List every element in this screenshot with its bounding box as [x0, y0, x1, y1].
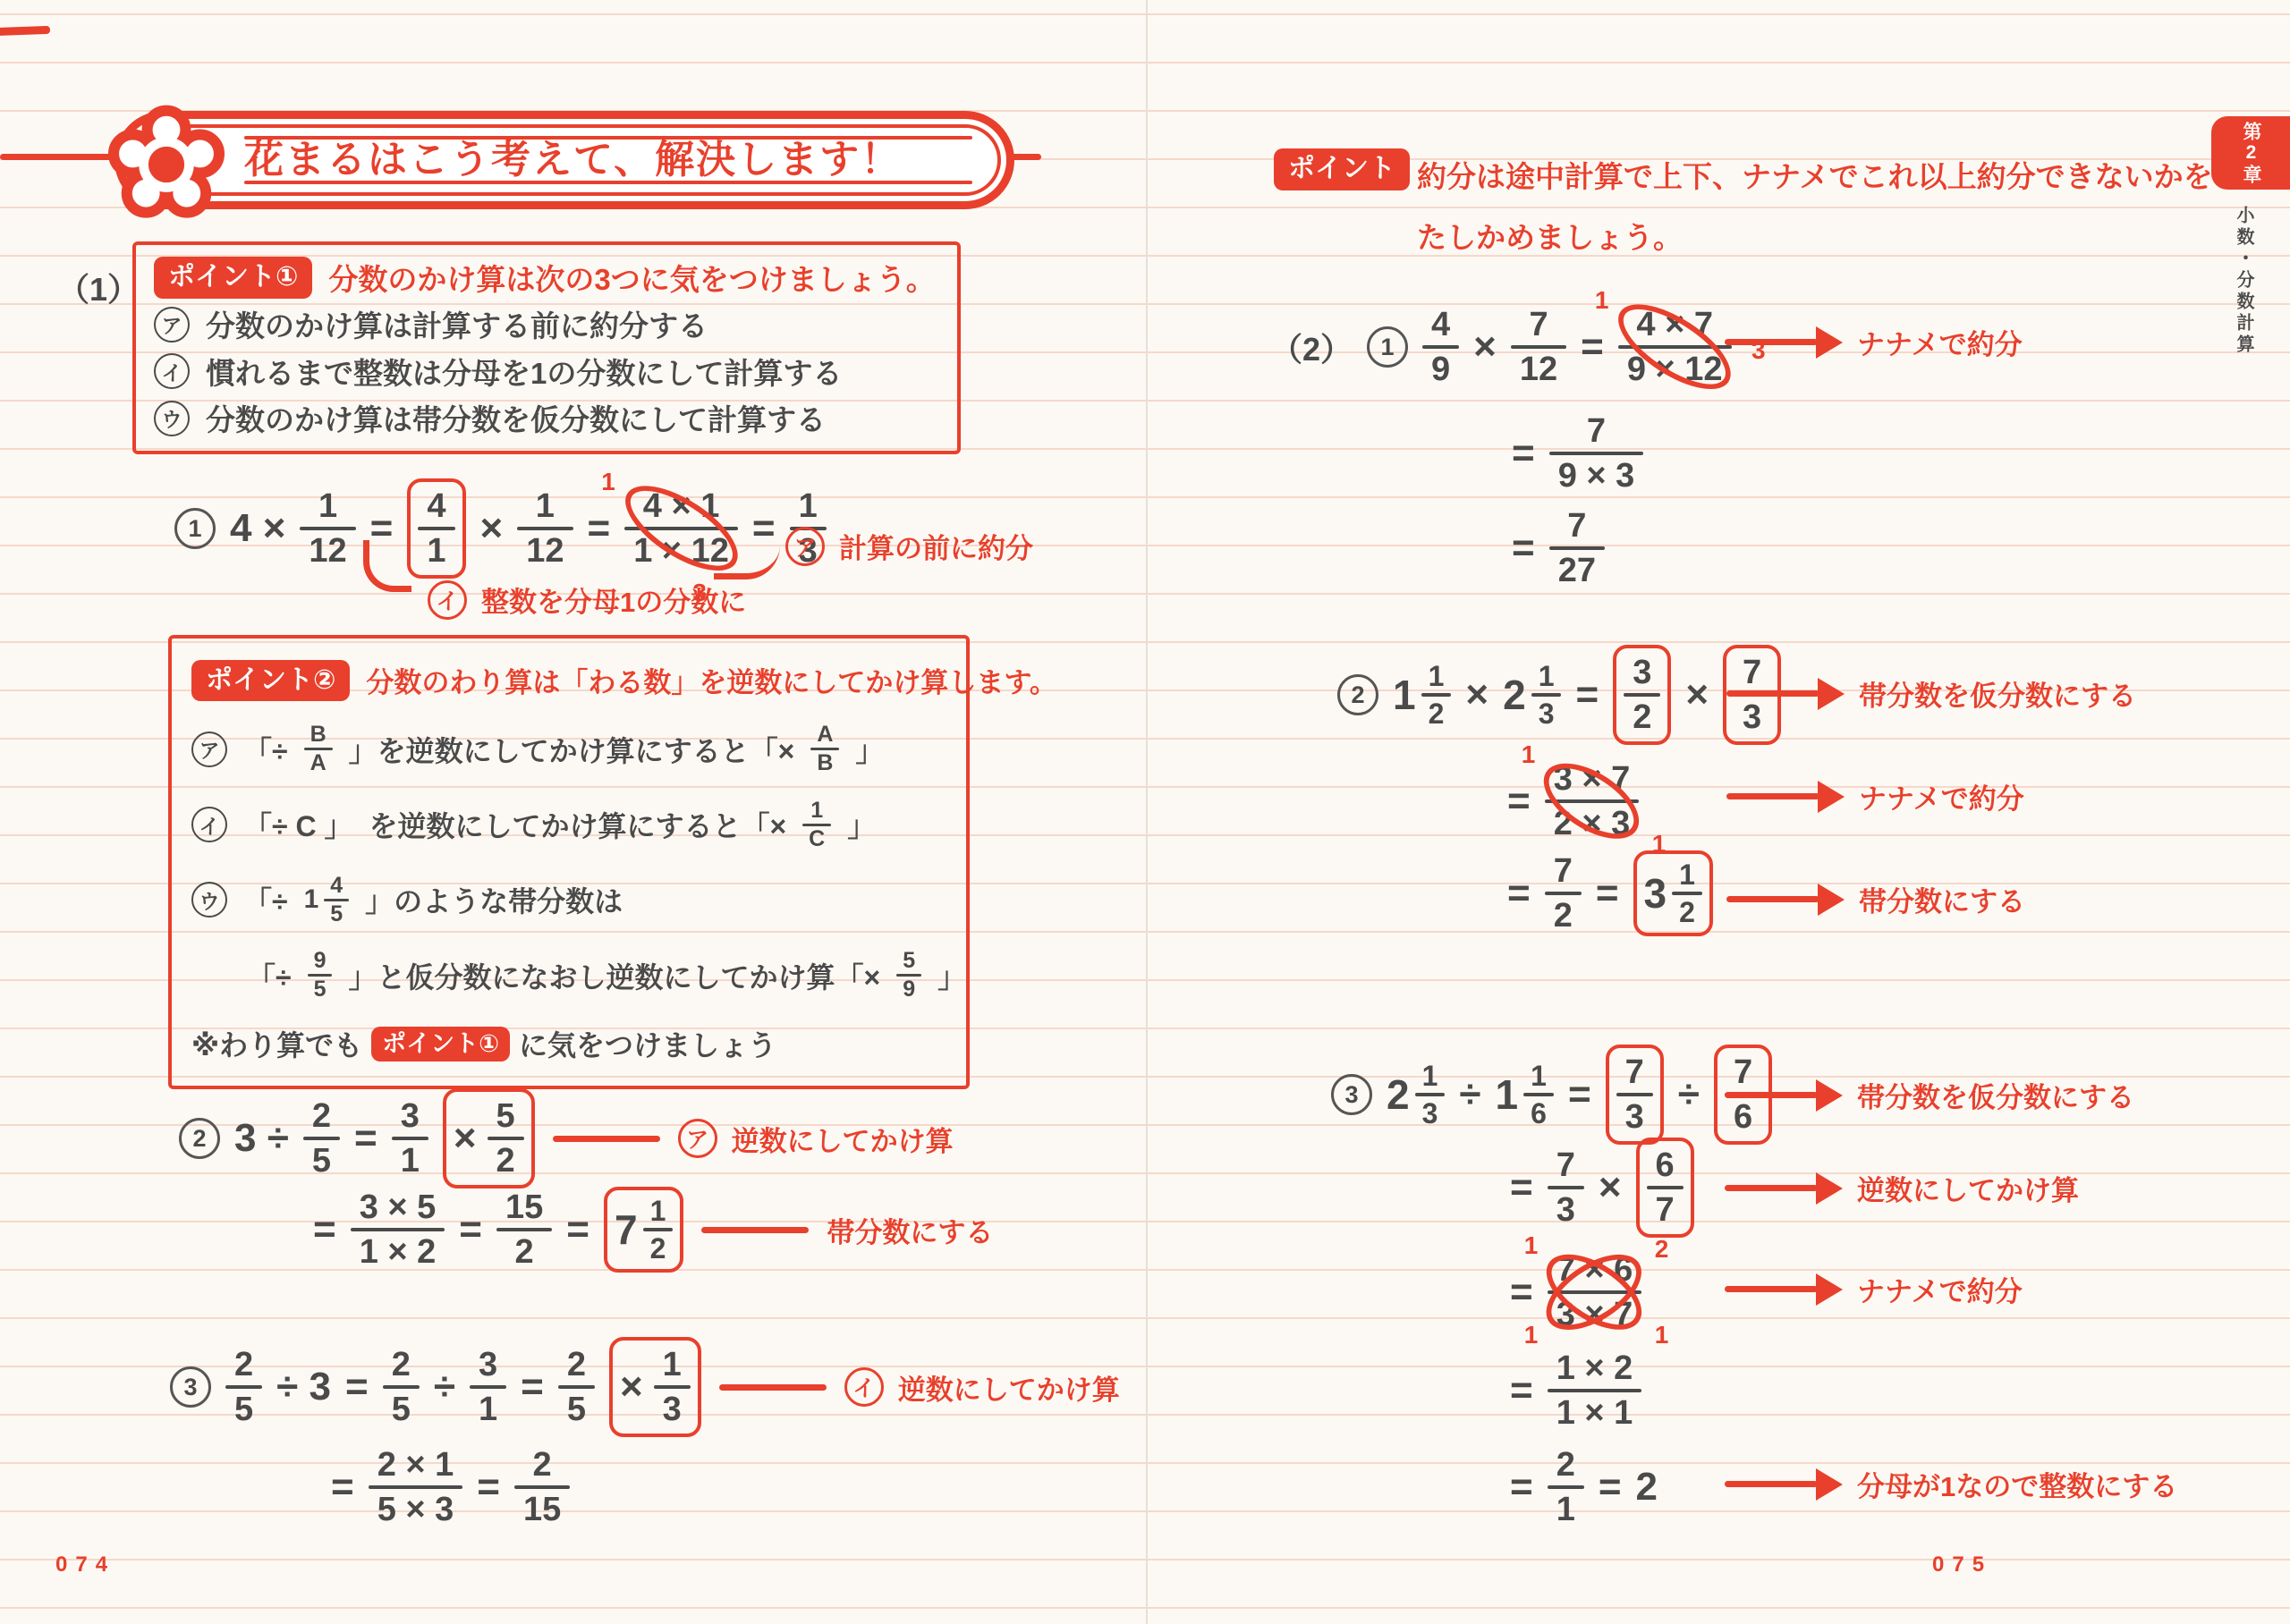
page-number-right: 075 [1932, 1552, 1992, 1577]
point2-box: ポイント② 分数のわり算は「わる数」を逆数にしてかけ算します。 ア 「÷ BA … [168, 635, 970, 1089]
point2-heading: 分数のわり算は「わる数」を逆数にしてかけ算します。 [366, 660, 1057, 700]
note-suffix: に気をつけましょう [519, 1023, 776, 1064]
fraction: 32 [1624, 652, 1660, 738]
text: 「÷ C 」 [243, 804, 352, 845]
mark-u-icon: ウ [154, 401, 190, 436]
right-eq1-line1: （2） 1 49 × 712 = 4 × 79 × 12 1 3 [1270, 304, 1732, 390]
problem-2-label: （2） [1270, 325, 1353, 370]
point1-item-i-text: 慣れるまで整数は分母を1の分数にして計算する [206, 351, 842, 393]
cancel-digit: 2 [1655, 1237, 1669, 1262]
eq-number-3: 3 [1331, 1074, 1372, 1115]
mark-a-icon: ア [154, 307, 190, 343]
fraction: AB [810, 722, 839, 776]
eq-number-2: 2 [179, 1118, 220, 1159]
right-eq2-callout2: ナナメで約分 [1726, 776, 2024, 816]
point1-badge-ref: ポイント① [371, 1027, 510, 1062]
mark-a-icon: ア [678, 1119, 717, 1158]
left-eq2-line2: = 3 × 51 × 2 = 152 = 7 12 帯分数にする [313, 1187, 993, 1273]
equals: = [1575, 672, 1599, 717]
equals: = [313, 1207, 336, 1252]
mark-a-icon: ア [785, 527, 825, 566]
point2-note: ※わり算でも ポイント① に気をつけましょう [191, 1023, 946, 1064]
times: × [1473, 325, 1497, 369]
equals: = [354, 1116, 377, 1161]
arrow-icon [1726, 884, 1845, 916]
fraction: 73 [1616, 1052, 1653, 1138]
right-eq3-label2: 逆数にしてかけ算 [1857, 1168, 2079, 1208]
equals: = [1507, 779, 1531, 824]
eq-number-2: 2 [1337, 674, 1378, 715]
red-box: 67 [1636, 1138, 1694, 1238]
text: 「÷ [243, 879, 288, 920]
eq1-label-a-text: 計算の前に約分 [839, 526, 1033, 566]
right-eq3-callout1: 帯分数を仮分数にする [1725, 1075, 2134, 1115]
right-eq3-label4: 分母が1なので整数にする [1857, 1464, 2177, 1504]
cancel-fraction: 4 × 79 × 12 1 3 [1618, 304, 1732, 390]
times: × [1465, 672, 1488, 717]
fraction: 67 [1647, 1145, 1684, 1231]
fraction: 25 [383, 1344, 420, 1430]
fraction: 13 [654, 1344, 691, 1430]
arrow-icon [1725, 1172, 1843, 1205]
equals: = [588, 506, 611, 551]
fraction: 25 [225, 1344, 262, 1430]
left-eq3-line1: 3 25 ÷ 3 = 25 ÷ 31 = 25 × 13 イ 逆数にしてかけ算 [170, 1337, 1120, 1437]
fraction: 112 [300, 486, 355, 571]
fraction: 712 [1511, 304, 1566, 390]
fraction: 727 [1549, 505, 1605, 591]
fraction: 31 [470, 1344, 506, 1430]
point1-badge: ポイント① [154, 257, 312, 299]
point2-item-i: イ 「÷ C 」 を逆数にしてかけ算にすると「× 1C 」 [191, 798, 946, 852]
arrow-icon [1725, 1079, 1843, 1112]
fraction: BA [304, 722, 333, 776]
mixed-number: 7 12 [615, 1194, 673, 1265]
eq2-label2-text: 帯分数にする [827, 1210, 993, 1250]
title-banner-inner: 花まるはこう考えて、解決します！ [128, 124, 1001, 196]
fraction: 112 [517, 486, 572, 571]
equals: = [477, 1465, 500, 1510]
fraction: 25 [558, 1344, 595, 1430]
eq-number-3: 3 [170, 1366, 211, 1408]
chapter-tab-badge: 第2章 [2211, 116, 2290, 190]
eq3-term: ÷ 3 [276, 1365, 331, 1409]
equals: = [1510, 1465, 1533, 1510]
label-line [553, 1136, 660, 1142]
left-eq3-line2: = 2 × 15 × 3 = 215 [331, 1444, 570, 1530]
page-gutter-line [1146, 0, 1148, 1624]
right-point-badge-wrap: ポイント [1274, 148, 1410, 190]
red-box: 73 [1606, 1045, 1664, 1145]
chapter-tab-text: 第2章 [2237, 122, 2264, 185]
equals: = [1510, 1270, 1533, 1315]
right-point-badge: ポイント [1274, 148, 1410, 190]
divide: ÷ [1459, 1072, 1480, 1117]
text: 「÷ [243, 729, 288, 770]
page-number-left: 074 [55, 1552, 115, 1577]
eq2-term: 3 ÷ [234, 1116, 289, 1161]
fraction: 52 [488, 1095, 524, 1181]
mixed-number: 2 13 [1387, 1059, 1445, 1130]
red-box: 41 [407, 478, 465, 579]
right-eq3-line2: = 73 × 67 [1510, 1138, 1694, 1238]
point1-heading: 分数のかけ算は次の3つに気をつけましょう。 [328, 257, 935, 299]
cancel-digit: 1 [1522, 742, 1536, 767]
fraction: 25 [303, 1095, 340, 1181]
page-title: 花まるはこう考えて、解決します！ [244, 140, 972, 181]
cancel-digit: 1 [1524, 1233, 1539, 1258]
equals: = [521, 1365, 544, 1409]
eq-number-1: 1 [1367, 326, 1408, 368]
fraction: 79 × 3 [1549, 410, 1644, 496]
right-eq1-label: ナナメで約分 [1857, 322, 2023, 362]
arrow-icon [1726, 781, 1845, 813]
right-eq3-line4: = 1 × 21 × 1 [1510, 1348, 1641, 1434]
right-eq3-line5: = 21 = 2 [1510, 1444, 1658, 1530]
arrow-icon [1726, 678, 1845, 710]
equals: = [1581, 325, 1604, 369]
fraction: 21 [1548, 1444, 1584, 1530]
fraction: 49 [1422, 304, 1459, 390]
text: 」 [847, 804, 876, 845]
right-eq3-callout4: 分母が1なので整数にする [1725, 1464, 2177, 1504]
mixed-number: 1 12 [1393, 659, 1451, 731]
text: 」 [855, 729, 884, 770]
text: 」のような帯分数は [365, 879, 623, 920]
right-eq2-line2: = 3 × 72 × 3 1 1 [1507, 758, 1639, 844]
point2-heading-row: ポイント② 分数のわり算は「わる数」を逆数にしてかけ算します。 [191, 660, 946, 702]
right-eq2-line3: = 72 = 3 12 [1507, 850, 1713, 936]
hanamaru-flower-icon [106, 105, 226, 224]
point1-item-u: ウ 分数のかけ算は帯分数を仮分数にして計算する [154, 397, 939, 439]
equals: = [752, 506, 776, 551]
mixed-number: 1 16 [1496, 1059, 1554, 1130]
mark-a-icon: ア [191, 732, 227, 767]
times: × [454, 1116, 477, 1161]
arrow-icon [1725, 326, 1843, 359]
red-box: × 13 [609, 1337, 701, 1437]
point1-item-a-text: 分数のかけ算は計算する前に約分する [206, 303, 708, 345]
equals: = [1599, 1465, 1622, 1510]
text: を逆数にしてかけ算にすると「× [369, 804, 786, 845]
right-eq1-line2: = 79 × 3 [1512, 410, 1643, 496]
mixed-number: 3 12 [1644, 858, 1702, 929]
mixed-number: 1 45 [304, 873, 350, 927]
text: 「÷ [247, 955, 292, 996]
right-eq2-callout3: 帯分数にする [1726, 879, 2025, 919]
red-box: 3 12 [1633, 850, 1713, 936]
right-point-line2: たしかめましょう。 [1417, 215, 1683, 257]
fraction: 59 [896, 948, 921, 1002]
equals: = [345, 1365, 369, 1409]
banner-bottom-band [244, 181, 972, 184]
point1-heading-row: ポイント① 分数のかけ算は次の3つに気をつけましょう。 [154, 257, 939, 299]
red-box: × 52 [443, 1088, 535, 1188]
arrow-icon [1725, 1468, 1843, 1501]
fraction: 95 [308, 948, 333, 1002]
mark-i-icon: イ [191, 807, 227, 842]
double-cancel-fraction: 7 × 63 × 7 1 2 1 1 [1548, 1249, 1642, 1335]
equals: = [566, 1207, 589, 1252]
times: × [620, 1365, 643, 1409]
divide: ÷ [1678, 1072, 1700, 1117]
fraction: 215 [514, 1444, 570, 1530]
right-eq1-line3: = 727 [1512, 505, 1605, 591]
arrow-icon [1725, 1273, 1843, 1306]
equals: = [1512, 526, 1535, 571]
fraction: 1 × 21 × 1 [1548, 1348, 1642, 1434]
eq2-label2: 帯分数にする [827, 1210, 993, 1250]
equals: = [459, 1207, 482, 1252]
cancel-digit: 1 [601, 469, 615, 495]
eq2-label: ア 逆数にしてかけ算 [678, 1119, 954, 1159]
times: × [480, 506, 504, 551]
text: 」 [937, 955, 966, 996]
point1-item-u-text: 分数のかけ算は帯分数を仮分数にして計算する [206, 397, 826, 439]
fraction: 41 [418, 486, 454, 571]
problem-1-label: （1） [57, 265, 140, 310]
divide: ÷ [434, 1365, 455, 1409]
right-eq3-callout3: ナナメで約分 [1725, 1269, 2023, 1309]
equals: = [1507, 871, 1531, 916]
fraction: 152 [496, 1187, 552, 1273]
right-eq2-label3: 帯分数にする [1859, 879, 2025, 919]
eq1-label-b-text: 整数を分母1の分数に [481, 579, 746, 620]
right-eq2-line1: 2 1 12 × 2 13 = 32 × 73 [1337, 645, 1781, 745]
equals: = [1568, 1072, 1591, 1117]
fraction: 73 [1548, 1145, 1584, 1231]
point1-item-i: イ 慣れるまで整数は分母を1の分数にして計算する [154, 351, 939, 393]
cancel-digit: 1 [1524, 1323, 1539, 1348]
equals: = [331, 1465, 354, 1510]
point2-item-u-line1: ウ 「÷ 1 45 」のような帯分数は [191, 873, 946, 927]
fraction: 31 [392, 1095, 428, 1181]
mark-i-icon: イ [428, 580, 467, 620]
eq-number-1: 1 [174, 508, 216, 549]
point2-item-a: ア 「÷ BA 」を逆数にしてかけ算にすると「× AB 」 [191, 722, 946, 776]
point2-badge: ポイント② [191, 660, 350, 702]
fraction: 3 × 51 × 2 [351, 1187, 445, 1273]
label-line [701, 1227, 809, 1233]
mixed-number: 2 13 [1503, 659, 1561, 731]
right-point-line1: 約分は途中計算で上下、ナナメでこれ以上約分できないかを [1417, 154, 2213, 196]
fraction: 1C [802, 798, 831, 852]
mark-i-icon: イ [844, 1367, 884, 1407]
equals: = [1510, 1368, 1533, 1413]
point1-box: ポイント① 分数のかけ算は次の3つに気をつけましょう。 ア 分数のかけ算は計算す… [132, 241, 961, 454]
point1-item-a: ア 分数のかけ算は計算する前に約分する [154, 303, 939, 345]
mark-i-icon: イ [154, 353, 190, 389]
note-prefix: ※わり算でも [191, 1023, 362, 1064]
right-eq3-label3: ナナメで約分 [1857, 1269, 2023, 1309]
eq1-term: 4 × [230, 506, 285, 551]
cancel-digit: 1 [1595, 288, 1609, 313]
fraction: 72 [1545, 850, 1582, 936]
text: 」を逆数にしてかけ算にすると「× [349, 729, 795, 770]
right-eq3-callout2: 逆数にしてかけ算 [1725, 1168, 2079, 1208]
cancel-fraction: 3 × 72 × 3 1 1 [1545, 758, 1640, 844]
result: 2 [1636, 1465, 1658, 1510]
title-banner: 花まるはこう考えて、解決します！ [114, 111, 1014, 209]
right-eq2-label1: 帯分数を仮分数にする [1859, 673, 2136, 714]
cancel-digit: 1 [1655, 1323, 1669, 1348]
label-line [719, 1384, 827, 1391]
right-eq1-callout: ナナメで約分 [1725, 322, 2023, 362]
eq3-label-text: 逆数にしてかけ算 [898, 1367, 1120, 1408]
point2-item-u-line2: 「÷ 95 」と仮分数になおし逆数にしてかけ算「× 59 」 [191, 948, 946, 1002]
red-box: 7 12 [604, 1187, 683, 1273]
equals: = [1596, 871, 1619, 916]
right-eq3-line3: = 7 × 63 × 7 1 2 1 1 [1510, 1249, 1641, 1335]
equals: = [1510, 1165, 1533, 1210]
right-eq3-label1: 帯分数を仮分数にする [1857, 1075, 2134, 1115]
right-eq2-callout1: 帯分数を仮分数にする [1726, 673, 2136, 714]
left-eq2-line1: 2 3 ÷ 25 = 31 × 52 ア 逆数にしてかけ算 [179, 1088, 954, 1188]
mark-u-icon: ウ [191, 882, 227, 918]
eq1-label-a: ア 計算の前に約分 [785, 526, 1033, 566]
times: × [1599, 1165, 1622, 1210]
eq1-label-b: イ 整数を分母1の分数に [428, 579, 746, 620]
red-box: 32 [1613, 645, 1671, 745]
text: 」と仮分数になおし逆数にしてかけ算「× [348, 955, 880, 996]
eq2-label-text: 逆数にしてかけ算 [732, 1119, 954, 1159]
equals: = [1512, 431, 1535, 476]
fraction: 2 × 15 × 3 [369, 1444, 463, 1530]
chapter-tab-label: 小数・分数計算 [2231, 206, 2257, 356]
eq3-label: イ 逆数にしてかけ算 [844, 1367, 1120, 1408]
right-eq3-line1: 3 2 13 ÷ 1 16 = 73 ÷ 76 [1331, 1045, 1772, 1145]
right-eq2-label2: ナナメで約分 [1859, 776, 2024, 816]
times: × [1685, 672, 1709, 717]
